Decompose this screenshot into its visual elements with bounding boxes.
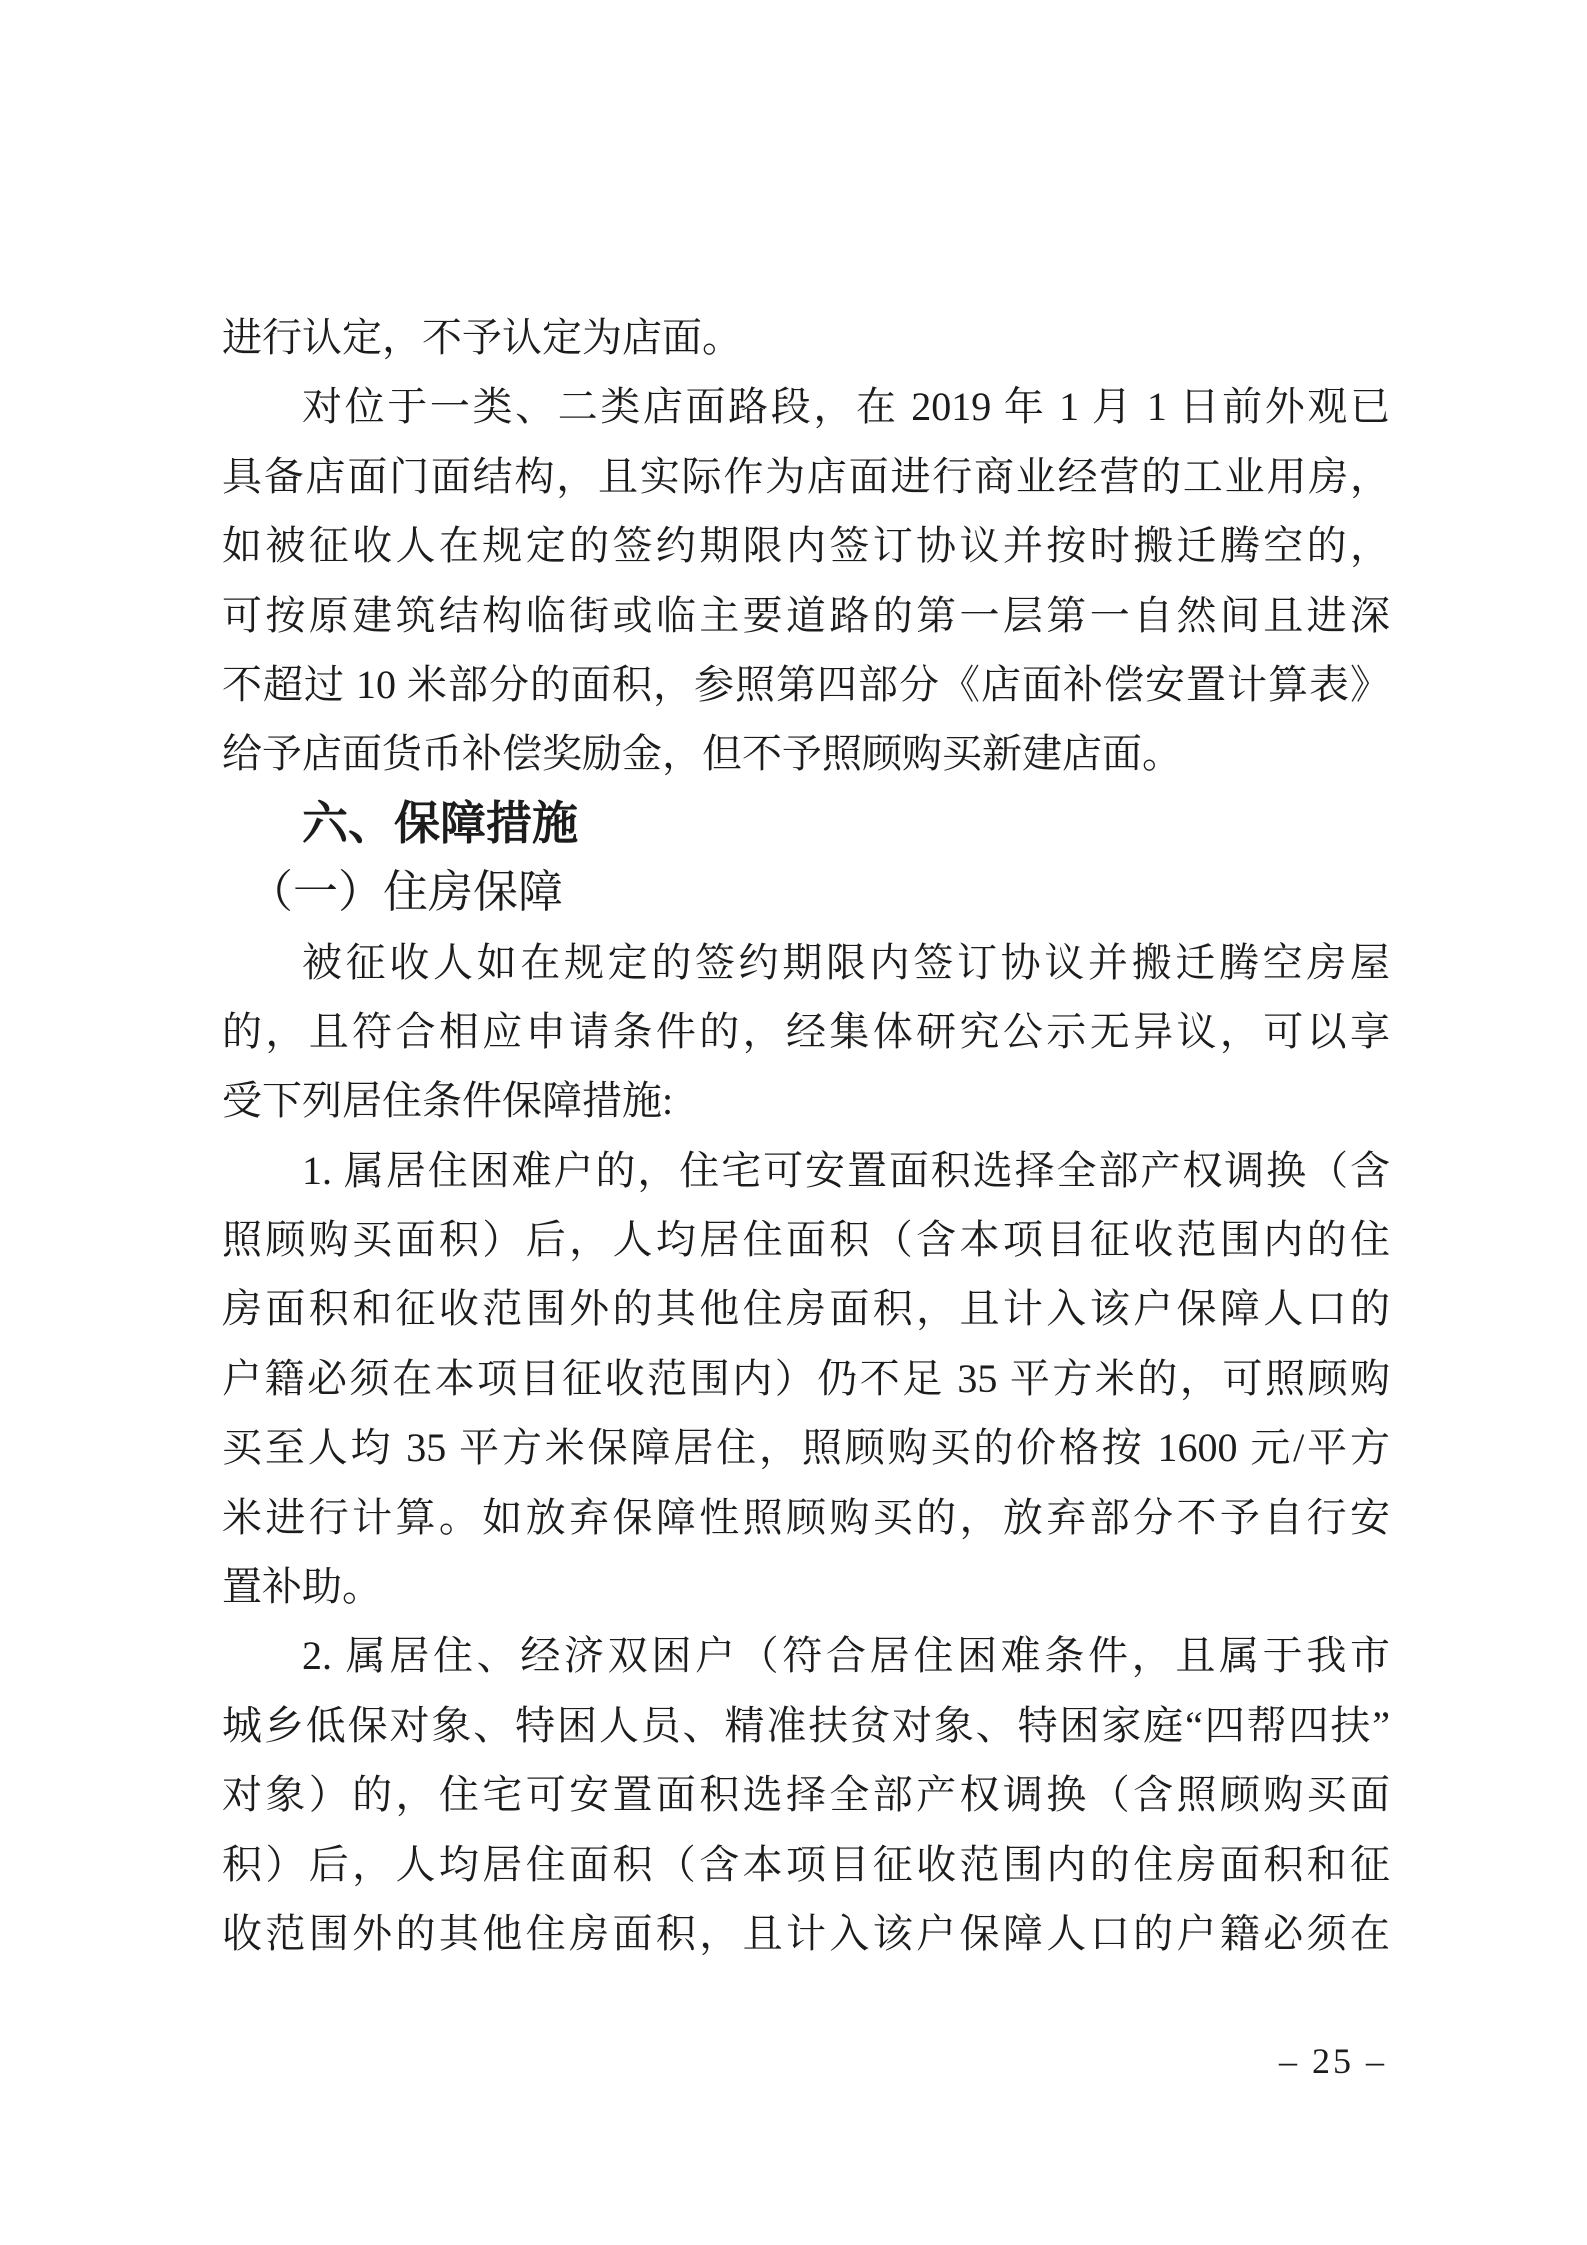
text-line: 房面积和征收范围外的其他住房面积，且计入该户保障人口的 (222, 1274, 1390, 1343)
text-line: 不超过 10 米部分的面积，参照第四部分《店面补偿安置计算表》 (222, 650, 1390, 719)
text-line: 收范围外的其他住房面积，且计入该户保障人口的户籍必须在 (222, 1899, 1390, 1968)
text-line: 积）后，人均居住面积（含本项目征收范围内的住房面积和征 (222, 1830, 1390, 1899)
subsection-heading-text: （一）住房保障 (222, 858, 1390, 927)
document-body: 进行认定，不予认定为店面。 对位于一类、二类店面路段，在 2019 年 1 月 … (222, 303, 1390, 1968)
section-heading: 六、保障措施 (222, 789, 1390, 858)
page-number: – 25 – (1279, 2040, 1387, 2082)
text-line: 米进行计算。如放弃保障性照顾购买的，放弃部分不予自行安 (222, 1483, 1390, 1552)
text-line: 1. 属居住困难户的，住宅可安置面积选择全部产权调换（含 (222, 1136, 1390, 1205)
subsection-heading: （一）住房保障 (222, 858, 1390, 927)
text-line: 受下列居住条件保障措施: (222, 1066, 1390, 1135)
text-line: 户籍必须在本项目征收范围内）仍不足 35 平方米的，可照顾购 (222, 1344, 1390, 1413)
text-line: 对象）的，住宅可安置面积选择全部产权调换（含照顾购买面 (222, 1760, 1390, 1829)
paragraph-housing-guarantee-intro: 被征收人如在规定的签约期限内签订协议并搬迁腾空房屋 的，且符合相应申请条件的，经… (222, 928, 1390, 1136)
text-line: 进行认定，不予认定为店面。 (222, 303, 1390, 372)
paragraph-continuation: 进行认定，不予认定为店面。 (222, 303, 1390, 372)
text-line: 2. 属居住、经济双困户（符合居住困难条件，且属于我市 (222, 1621, 1390, 1690)
text-line: 被征收人如在规定的签约期限内签订协议并搬迁腾空房屋 (222, 928, 1390, 997)
text-line: 具备店面门面结构，且实际作为店面进行商业经营的工业用房， (222, 442, 1390, 511)
text-line: 给予店面货币补偿奖励金，但不予照顾购买新建店面。 (222, 719, 1390, 788)
section-heading-text: 六、保障措施 (222, 789, 1390, 858)
list-item-2: 2. 属居住、经济双困户（符合居住困难条件，且属于我市 城乡低保对象、特困人员、… (222, 1621, 1390, 1968)
text-line: 对位于一类、二类店面路段，在 2019 年 1 月 1 日前外观已 (222, 372, 1390, 441)
text-line: 买至人均 35 平方米保障居住，照顾购买的价格按 1600 元/平方 (222, 1413, 1390, 1482)
text-line: 可按原建筑结构临街或临主要道路的第一层第一自然间且进深 (222, 581, 1390, 650)
text-line: 照顾购买面积）后，人均居住面积（含本项目征收范围内的住 (222, 1205, 1390, 1274)
paragraph-storefront-rules: 对位于一类、二类店面路段，在 2019 年 1 月 1 日前外观已 具备店面门面… (222, 372, 1390, 788)
text-line: 城乡低保对象、特困人员、精准扶贫对象、特困家庭“四帮四扶” (222, 1691, 1390, 1760)
text-line: 如被征收人在规定的签约期限内签订协议并按时搬迁腾空的， (222, 511, 1390, 580)
text-line: 置补助。 (222, 1552, 1390, 1621)
text-line: 的，且符合相应申请条件的，经集体研究公示无异议，可以享 (222, 997, 1390, 1066)
list-item-1: 1. 属居住困难户的，住宅可安置面积选择全部产权调换（含 照顾购买面积）后，人均… (222, 1136, 1390, 1622)
